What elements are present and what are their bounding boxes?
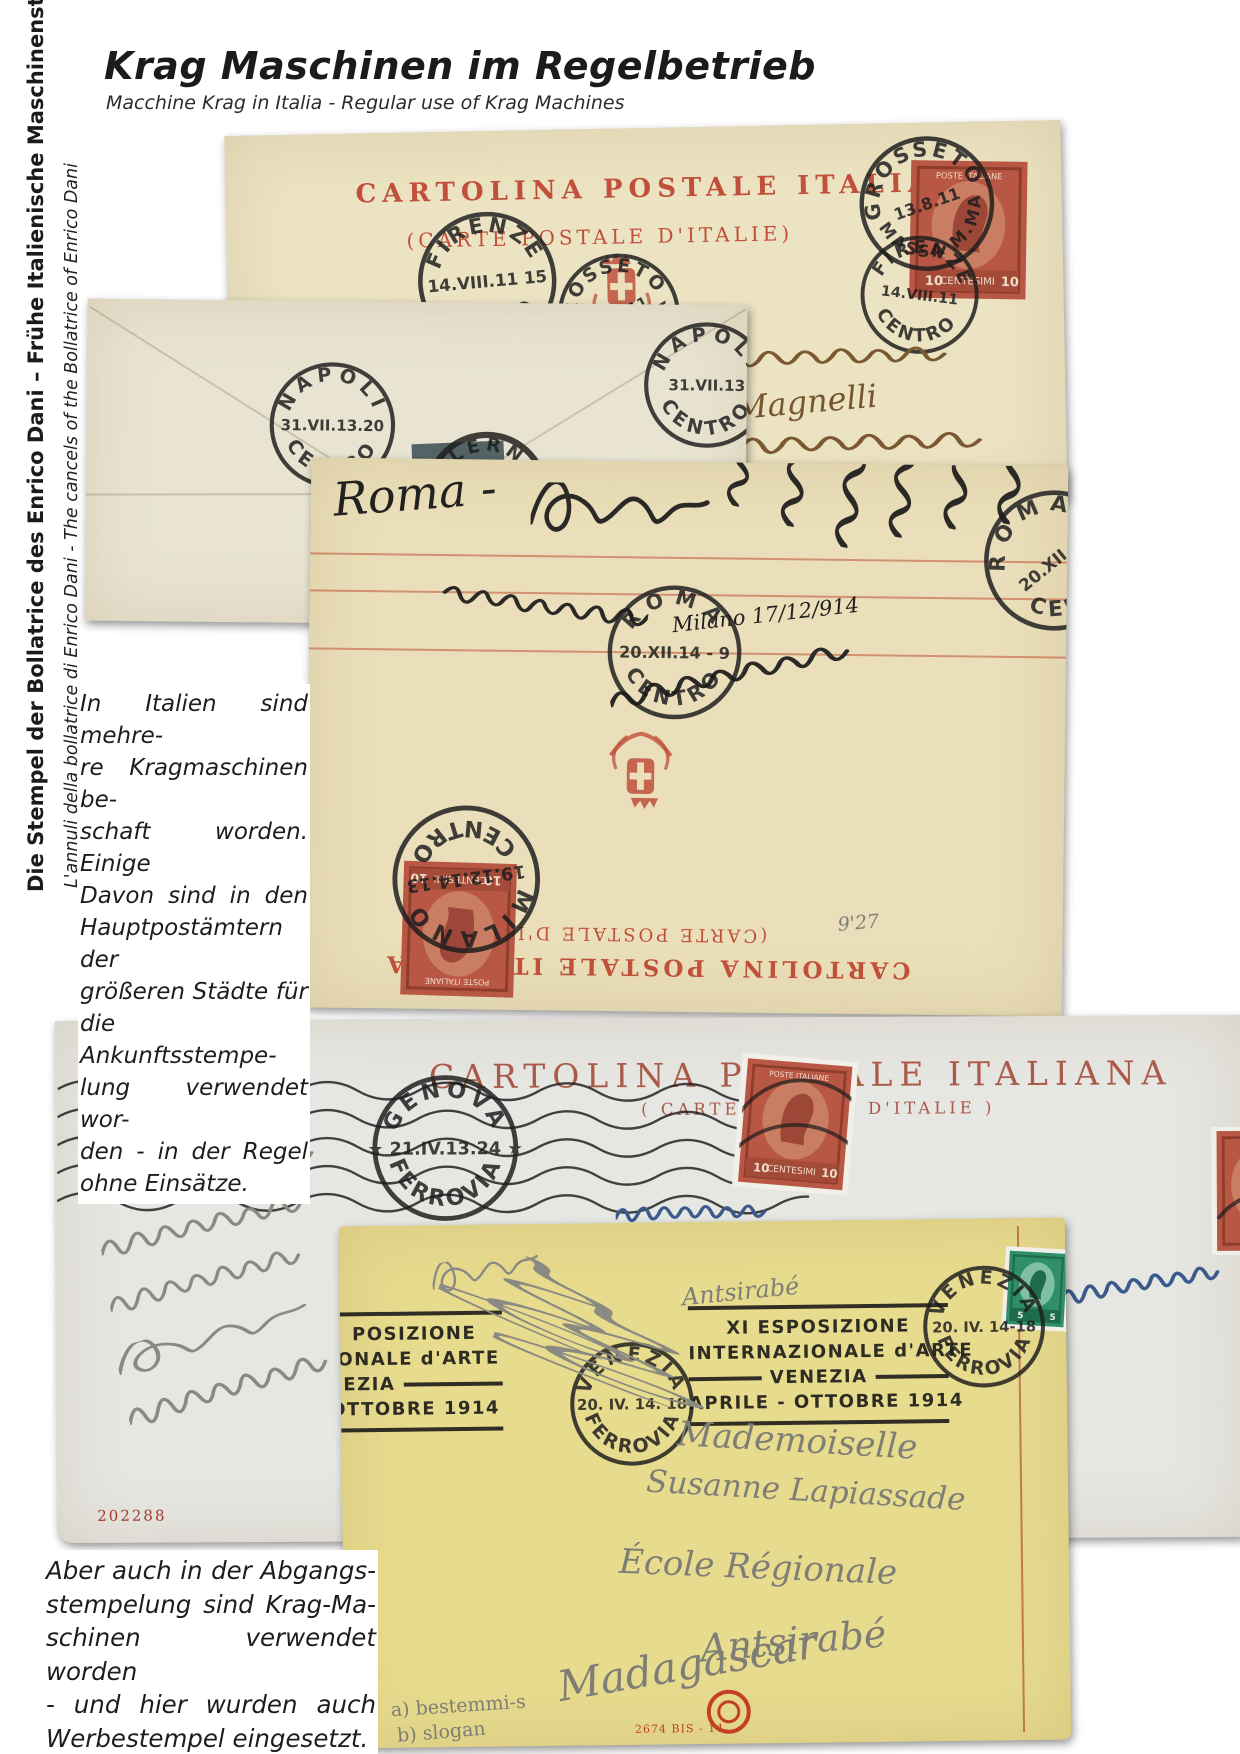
stamp-10c-leoni: POSTE ITALIANE 10 CENTESIMI 10: [732, 1053, 859, 1196]
svg-text:★ 21.IV.13.24 ★: ★ 21.IV.13.24 ★: [368, 1139, 523, 1160]
svg-text:GENOVA: GENOVA: [378, 1076, 513, 1136]
svg-text:31.VII.13.20: 31.VII.13.20: [281, 416, 385, 435]
printer-imprint: 2674 BIS - 14: [635, 1722, 724, 1736]
caption-arrival-use: In Italien sind mehre- re Kragmaschinen …: [78, 684, 310, 1204]
handwriting-address-line: École Régionale: [618, 1542, 898, 1593]
exhibit-page: Krag Maschinen im Regelbetrieb Macchine …: [0, 0, 1240, 1754]
sidebar-title-german: Die Stempel der Bollatrice des Enrico Da…: [24, 52, 48, 892]
stamp-fragment-right: [1211, 1127, 1240, 1255]
postmark-venezia-ferrovia-2: VENEZIA 20. IV. 14-18 FERROVIA: [917, 1260, 1051, 1394]
handwriting-roma: Roma -: [331, 461, 498, 527]
caption-departure-use: Aber auch in der Abgangs- stempelung sin…: [44, 1550, 378, 1754]
svg-text:FIRENZE: FIRENZE: [867, 231, 980, 291]
postcard-venezia: POSIZIONE IONALE d'ARTE NEZIA OTTOBRE 19…: [339, 1218, 1071, 1749]
svg-text:20.XII.14 - 9: 20.XII.14 - 9: [619, 643, 730, 663]
svg-text:10: 10: [1001, 275, 1019, 290]
krag-slogan-partial: POSIZIONE IONALE d'ARTE NEZIA OTTOBRE 19…: [339, 1304, 504, 1438]
svg-text:NAPOLI: NAPOLI: [273, 362, 392, 416]
svg-text:20.XII.14: 20.XII.14: [1015, 526, 1069, 596]
postcard-roma-inverted: Roma - Milano 17/12/914 ROMA 20.XII.14 -…: [305, 457, 1069, 1016]
svg-text:10: 10: [821, 1166, 838, 1181]
svg-text:POSTE ITALIANE: POSTE ITALIANE: [425, 976, 490, 987]
coat-of-arms-inverted: [599, 713, 682, 812]
card-serial-number: 202288: [97, 1507, 166, 1525]
svg-text:31.VII.13: 31.VII.13: [668, 376, 745, 395]
handwriting-address-line: Susanne Lapiassade: [645, 1464, 966, 1518]
postmark-genova-ferrovia: GENOVA ★ 21.IV.13.24 ★ FERROVIA: [366, 1069, 525, 1228]
handwriting-flourish: [530, 482, 711, 550]
postmark-roma-centro: ROMA 20.XII.14 - 9 CENTRO: [601, 579, 748, 726]
svg-text:5: 5: [1049, 1313, 1056, 1323]
svg-text:VENEZIA: VENEZIA: [926, 1267, 1041, 1320]
svg-text:FIRENZE: FIRENZE: [418, 207, 550, 274]
postmark-napoli-centro-partial: NAPOLI 31.VII.13 CENTRO: [638, 316, 748, 453]
handwriting-country: Madagascar: [554, 1619, 821, 1711]
blue-crayon-mark: [1060, 1261, 1233, 1319]
svg-text:NAPOLI: NAPOLI: [648, 322, 748, 376]
collector-note-b: b) slogan: [396, 1718, 486, 1747]
page-subtitle: Macchine Krag in Italia - Regular use of…: [106, 92, 624, 114]
svg-text:ROMA: ROMA: [617, 584, 733, 635]
handwriting-addressee: Magnelli: [733, 377, 878, 428]
pencil-note: 9'27: [837, 910, 880, 936]
collector-note-a: a) bestemmi-s: [390, 1691, 526, 1722]
svg-text:14.VIII.11: 14.VIII.11: [880, 283, 959, 308]
postmark-milano: MILANO 19.12.14.13 CENTRO: [377, 790, 556, 969]
page-title: Krag Maschinen im Regelbetrieb: [104, 44, 816, 88]
svg-text:13.8.11: 13.8.11: [891, 184, 962, 225]
